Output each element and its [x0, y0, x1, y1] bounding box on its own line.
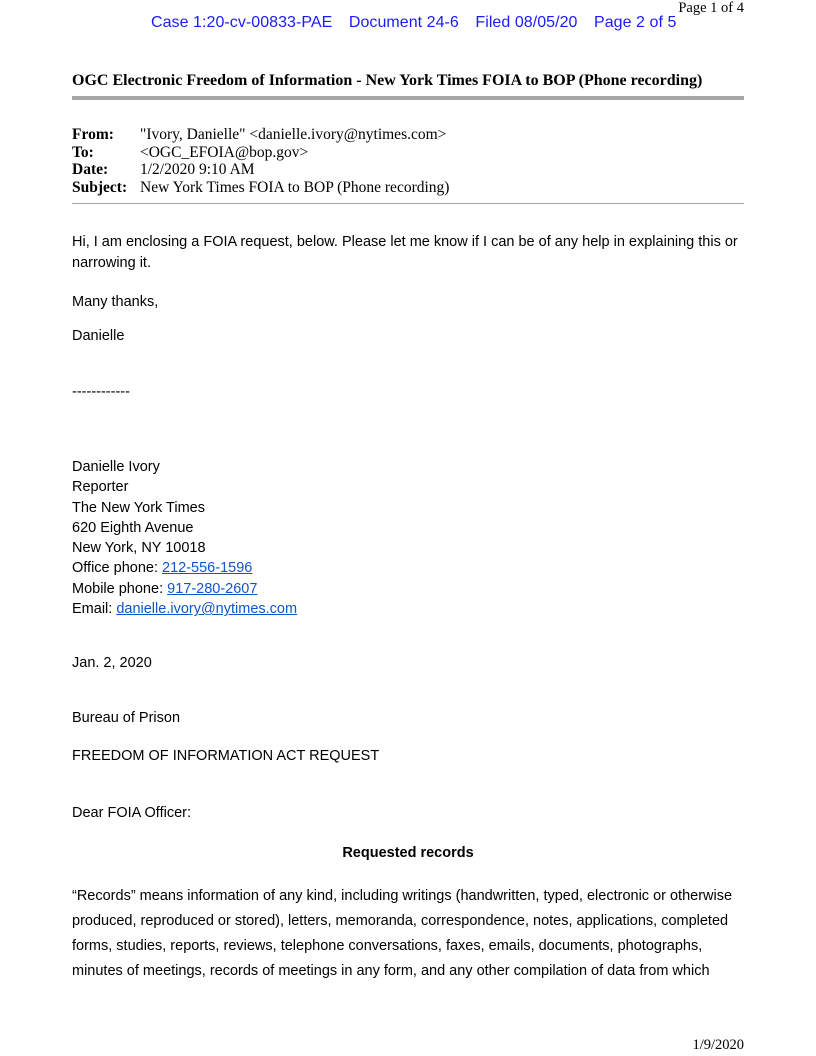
office-phone-label: Office phone: — [72, 560, 162, 576]
date-value: 1/2/2020 9:10 AM — [140, 161, 255, 179]
mobile-phone-label: Mobile phone: — [72, 581, 167, 597]
mobile-phone-link[interactable]: 917-280-2607 — [167, 581, 257, 597]
signoff-name: Danielle — [72, 328, 124, 344]
separator-line: ------------ — [72, 384, 130, 400]
salutation: Dear FOIA Officer: — [72, 805, 191, 821]
stamp-page-number: Page 2 of 5 — [594, 14, 676, 31]
signature-org: The New York Times — [72, 498, 297, 518]
email-row: Email: danielle.ivory@nytimes.com — [72, 599, 297, 619]
mobile-phone-row: Mobile phone: 917-280-2607 — [72, 579, 297, 599]
office-phone-row: Office phone: 212-556-1596 — [72, 558, 297, 578]
subject-value: New York Times FOIA to BOP (Phone record… — [140, 179, 449, 197]
letter-date: Jan. 2, 2020 — [72, 655, 152, 671]
from-label: From: — [72, 126, 140, 144]
email-headers: From: "Ivory, Danielle" <danielle.ivory@… — [72, 126, 449, 196]
signature-block: Danielle Ivory Reporter The New York Tim… — [72, 457, 297, 619]
from-row: From: "Ivory, Danielle" <danielle.ivory@… — [72, 126, 449, 144]
letter-heading: FREEDOM OF INFORMATION ACT REQUEST — [72, 748, 379, 764]
document-title: OGC Electronic Freedom of Information - … — [72, 72, 702, 90]
filed-date: Filed 08/05/20 — [475, 14, 577, 31]
signature-name: Danielle Ivory — [72, 457, 297, 477]
records-definition-paragraph: “Records” means information of any kind,… — [72, 884, 744, 984]
date-label: Date: — [72, 161, 140, 179]
thanks-line: Many thanks, — [72, 294, 158, 310]
subject-row: Subject: New York Times FOIA to BOP (Pho… — [72, 179, 449, 197]
to-row: To: <OGC_EFOIA@bop.gov> — [72, 144, 449, 162]
subject-label: Subject: — [72, 179, 140, 197]
recipient: Bureau of Prison — [72, 710, 180, 726]
signature-title: Reporter — [72, 477, 297, 497]
date-row: Date: 1/2/2020 9:10 AM — [72, 161, 449, 179]
email-label: Email: — [72, 601, 116, 617]
office-phone-link[interactable]: 212-556-1596 — [162, 560, 252, 576]
intro-paragraph: Hi, I am enclosing a FOIA request, below… — [72, 232, 744, 274]
to-value: <OGC_EFOIA@bop.gov> — [140, 144, 308, 162]
case-number: Case 1:20-cv-00833-PAE — [151, 14, 332, 31]
case-stamp: Case 1:20-cv-00833-PAE Document 24-6 Fil… — [151, 14, 676, 32]
to-label: To: — [72, 144, 140, 162]
document-number: Document 24-6 — [349, 14, 459, 31]
header-divider — [72, 203, 744, 204]
email-link[interactable]: danielle.ivory@nytimes.com — [116, 601, 297, 617]
title-divider — [72, 96, 744, 100]
signature-city: New York, NY 10018 — [72, 538, 297, 558]
section-heading: Requested records — [72, 845, 744, 861]
print-date: 1/9/2020 — [692, 1037, 744, 1054]
from-value: "Ivory, Danielle" <danielle.ivory@nytime… — [140, 126, 446, 144]
signature-street: 620 Eighth Avenue — [72, 518, 297, 538]
page-count: Page 1 of 4 — [678, 0, 744, 17]
